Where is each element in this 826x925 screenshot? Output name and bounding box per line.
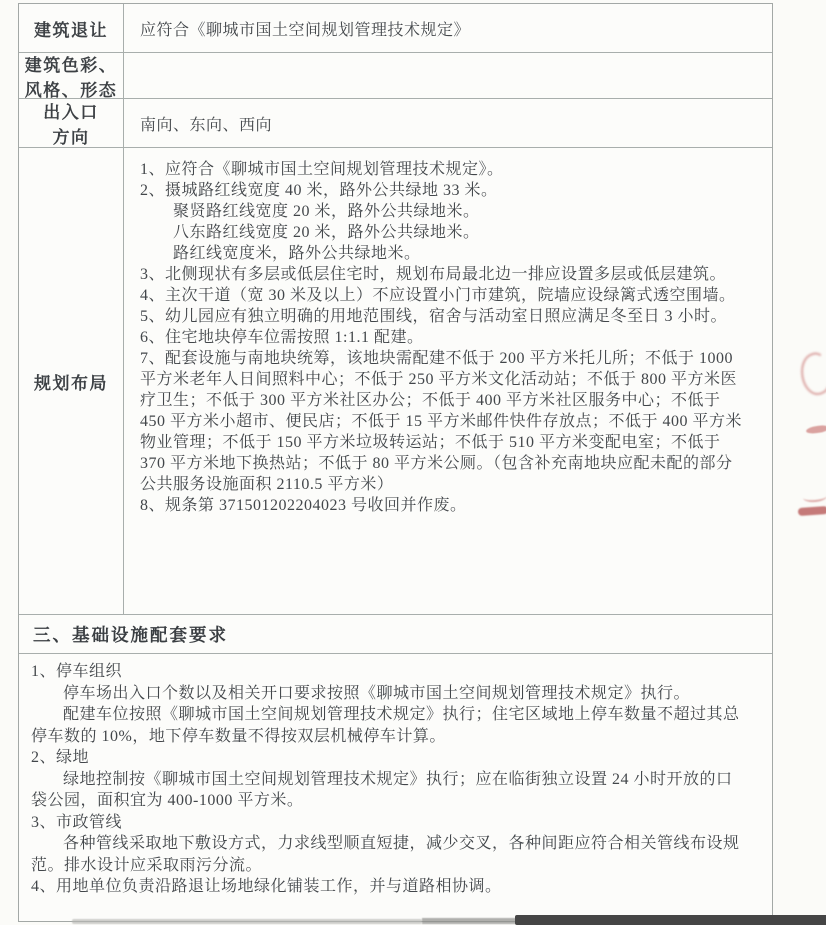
planning-item: 1、应符合《聊城市国土空间规划管理技术规定》。 — [140, 159, 748, 180]
planning-item: 7、配套设施与南地块统筹，该地块需配建不低于 200 平方米托儿所；不低于 10… — [140, 348, 748, 495]
scanned-document-page: 建筑退让 应符合《聊城市国土空间规划管理技术规定》 建筑色彩、 风格、形态 出入… — [0, 0, 826, 925]
planning-item: 5、幼儿园应有独立明确的用地范围线，宿舍与活动室日照应满足冬至日 3 小时。 — [140, 306, 748, 327]
row-building-setback: 建筑退让 应符合《聊城市国土空间规划管理技术规定》 — [19, 4, 772, 53]
planning-item-subline: 聚贤路红线宽度 20 米，路外公共绿地米。 — [140, 201, 748, 222]
scan-shadow-bar — [422, 918, 517, 924]
section-title-infrastructure: 三、基础设施配套要求 — [19, 615, 772, 654]
red-annotation-squiggle — [803, 491, 826, 503]
row-entrance-direction: 出入口 方向 南向、东向、西向 — [19, 99, 772, 148]
row-label-planning-layout: 规划布局 — [19, 148, 124, 614]
infra-item: 停车场出入口个数以及相关开口要求按照《聊城市国土空间规划管理技术规定》执行。 — [31, 683, 746, 705]
planning-item: 4、主次干道（宽 30 米及以上）不应设置小门市建筑，院墙应设绿篱式透空围墙。 — [140, 285, 748, 306]
infra-item: 绿地控制按《聊城市国土空间规划管理技术规定》执行；应在临街独立设置 24 小时开… — [31, 769, 746, 812]
row-label-building-setback: 建筑退让 — [19, 4, 124, 52]
row-label-line: 建筑退让 — [34, 16, 108, 41]
planning-item: 3、北侧现状有多层或低层住宅时，规划布局最北边一排应设置多层或低层建筑。 — [140, 264, 748, 285]
planning-item: 8、规条第 371501202204023 号收回并作废。 — [140, 495, 748, 516]
planning-item-subline: 路红线宽度米，路外公共绿地米。 — [140, 243, 748, 264]
row-value-planning-layout: 1、应符合《聊城市国土空间规划管理技术规定》。 2、摄城路红线宽度 40 米，路… — [124, 148, 772, 614]
row-value-building-setback: 应符合《聊城市国土空间规划管理技术规定》 — [124, 4, 772, 52]
row-label-entrance-direction: 出入口 方向 — [19, 99, 124, 147]
row-label-line: 风格、形态 — [25, 76, 118, 101]
row-value-text: 南向、东向、西向 — [140, 112, 748, 135]
red-annotation-scribble — [795, 349, 826, 398]
infra-item: 配建车位按照《聊城市国土空间规划管理技术规定》执行；住宅区域地上停车数量不超过其… — [31, 704, 746, 747]
planning-item: 2、摄城路红线宽度 40 米，路外公共绿地 33 米。 — [140, 180, 748, 201]
planning-conditions-table: 建筑退让 应符合《聊城市国土空间规划管理技术规定》 建筑色彩、 风格、形态 出入… — [18, 3, 773, 922]
section-title-text: 三、基础设施配套要求 — [33, 622, 228, 647]
red-annotation-dash — [806, 425, 826, 435]
row-value-text: 应符合《聊城市国土空间规划管理技术规定》 — [140, 17, 748, 40]
red-annotation-underline — [798, 506, 826, 516]
section-body-infrastructure: 1、停车组织 停车场出入口个数以及相关开口要求按照《聊城市国土空间规划管理技术规… — [19, 654, 772, 921]
infra-item: 3、市政管线 — [31, 812, 746, 834]
scan-shadow-bar — [515, 915, 826, 925]
row-label-line: 方向 — [53, 123, 90, 148]
row-planning-layout: 规划布局 1、应符合《聊城市国土空间规划管理技术规定》。 2、摄城路红线宽度 4… — [19, 148, 772, 615]
row-label-line: 规划布局 — [34, 369, 108, 394]
row-value-building-style — [124, 53, 772, 98]
infra-item: 2、绿地 — [31, 747, 746, 769]
row-building-style: 建筑色彩、 风格、形态 — [19, 53, 772, 99]
row-label-line: 出入口 — [43, 98, 99, 123]
row-value-entrance-direction: 南向、东向、西向 — [124, 99, 772, 147]
infra-item: 4、用地单位负责沿路退让场地绿化铺装工作，并与道路相协调。 — [31, 876, 746, 898]
planning-item-subline: 八东路红线宽度 20 米，路外公共绿地米。 — [140, 222, 748, 243]
planning-item: 6、住宅地块停车位需按照 1:1.1 配建。 — [140, 327, 748, 348]
row-label-building-style: 建筑色彩、 风格、形态 — [19, 53, 124, 98]
infra-item: 各种管线采取地下敷设方式，力求线型顺直短捷，减少交叉，各种间距应符合相关管线布设… — [31, 833, 746, 876]
row-label-line: 建筑色彩、 — [25, 51, 118, 76]
scan-shadow-bar — [72, 919, 422, 924]
infra-item: 1、停车组织 — [31, 661, 746, 683]
